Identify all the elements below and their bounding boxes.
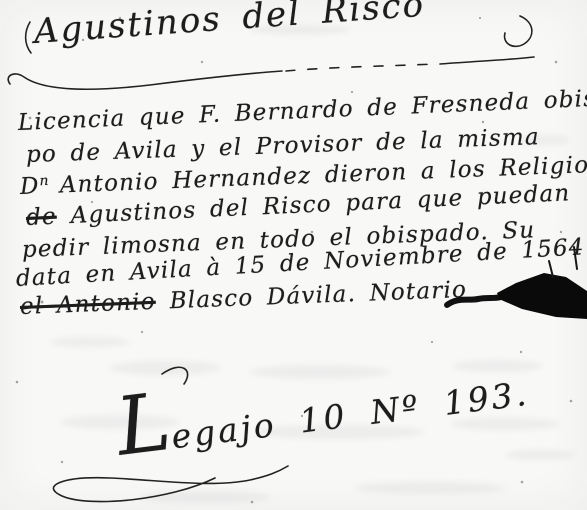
archival-reference: Legajo 10 Nº 193.	[113, 346, 533, 476]
superscript-n: n	[39, 173, 50, 189]
struck-word-de: de	[25, 203, 71, 231]
document-title: Agustinos del Risco	[33, 0, 427, 52]
abbreviated-don: D	[20, 173, 41, 200]
ink-blot	[497, 273, 587, 319]
scanned-manuscript-page: Agustinos del Risco Licencia que F. Bern…	[0, 0, 587, 510]
body-line-7-text: Blasco Dávila. Notario	[169, 277, 467, 314]
opening-pen-mark	[26, 22, 31, 53]
struck-words-el-antonio: el Antonio	[20, 288, 171, 320]
